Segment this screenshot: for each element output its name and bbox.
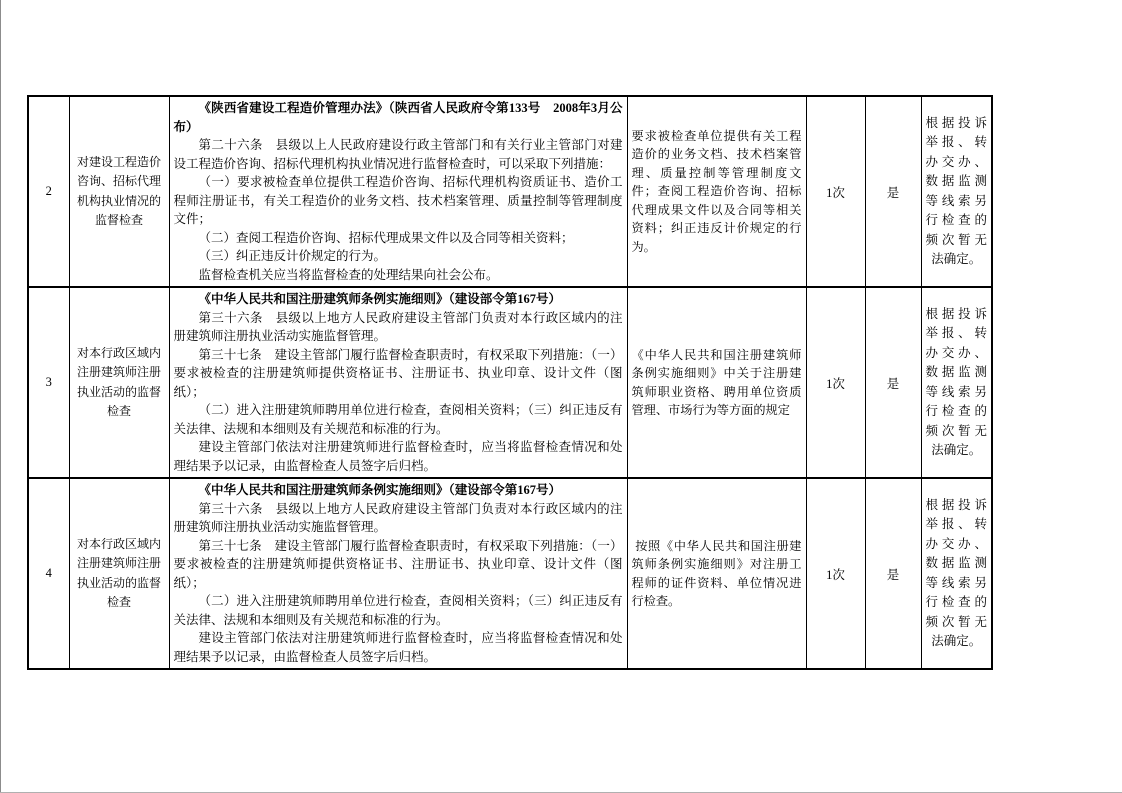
legal-title: 《陕西省建设工程造价管理办法》（陕西省人民政府令第133号 2008年3月公布） xyxy=(174,99,623,136)
check-content-cell: 要求被检查单位提供有关工程造价的业务文档、技术档案管理、质量控制等管理制度文件；… xyxy=(627,96,806,287)
legal-title: 《中华人民共和国注册建筑师条例实施细则》（建设部令第167号） xyxy=(174,481,623,500)
table-row: 2 对建设工程造价咨询、招标代理机构执业情况的监督检查 《陕西省建设工程造价管理… xyxy=(28,96,992,287)
frequency-cell: 1次 xyxy=(806,287,865,478)
item-name-cell: 对建设工程造价咨询、招标代理机构执业情况的监督检查 xyxy=(69,96,169,287)
frequency-cell: 1次 xyxy=(806,478,865,669)
legal-paragraph: （二）查阅工程造价咨询、招标代理成果文件以及合同等相关资料； xyxy=(174,229,623,248)
row-number-cell: 2 xyxy=(28,96,69,287)
item-name-cell: 对本行政区域内注册建筑师注册执业活动的监督检查 xyxy=(69,478,169,669)
note-cell: 根据投诉举报、转办交办、数据监测等线索另行检查的频次暂无法确定。 xyxy=(921,287,992,478)
legal-basis-cell: 《中华人民共和国注册建筑师条例实施细则》（建设部令第167号） 第三十六条 县级… xyxy=(169,287,627,478)
note-cell: 根据投诉举报、转办交办、数据监测等线索另行检查的频次暂无法确定。 xyxy=(921,478,992,669)
check-content-text: 要求被检查单位提供有关工程造价的业务文档、技术档案管理、质量控制等管理制度文件；… xyxy=(632,127,802,257)
legal-paragraph: （一）要求被检查单位提供工程造价咨询、招标代理机构资质证书、造价工程师注册证书，… xyxy=(174,173,623,229)
frequency-cell: 1次 xyxy=(806,96,865,287)
table-row: 3 对本行政区域内注册建筑师注册执业活动的监督检查 《中华人民共和国注册建筑师条… xyxy=(28,287,992,478)
legal-paragraph: 建设主管部门依法对注册建筑师进行监督检查时，应当将监督检查情况和处理结果予以记录… xyxy=(174,438,623,475)
check-content-cell: 按照《中华人民共和国注册建筑师条例实施细则》对注册工程师的证件资料、单位情况进行… xyxy=(627,478,806,669)
window-left-edge xyxy=(0,0,1,793)
item-name-cell: 对本行政区域内注册建筑师注册执业活动的监督检查 xyxy=(69,287,169,478)
legal-paragraph: （二）进入注册建筑师聘用单位进行检查，查阅相关资料；（三）纠正违反有关法律、法规… xyxy=(174,592,623,629)
table-row: 4 对本行政区域内注册建筑师注册执业活动的监督检查 《中华人民共和国注册建筑师条… xyxy=(28,478,992,669)
legal-paragraph: 监督检查机关应当将监督检查的处理结果向社会公布。 xyxy=(174,266,623,285)
note-text: 根据投诉举报、转办交办、数据监测等线索另行检查的频次暂无法确定。 xyxy=(926,496,988,652)
note-cell: 根据投诉举报、转办交办、数据监测等线索另行检查的频次暂无法确定。 xyxy=(921,96,992,287)
legal-paragraph: （三）纠正违反计价规定的行为。 xyxy=(174,247,623,266)
legal-paragraph: 第三十六条 县级以上地方人民政府建设主管部门负责对本行政区域内的注册建筑师注册执… xyxy=(174,309,623,346)
document-page: 2 对建设工程造价咨询、招标代理机构执业情况的监督检查 《陕西省建设工程造价管理… xyxy=(0,0,1122,793)
check-content-text: 《中华人民共和国注册建筑师条例实施细则》中关于注册建筑师职业资格、聘用单位资质管… xyxy=(632,346,802,420)
supervision-items-table: 2 对建设工程造价咨询、招标代理机构执业情况的监督检查 《陕西省建设工程造价管理… xyxy=(27,95,993,670)
legal-paragraph: 第三十七条 建设主管部门履行监督检查职责时，有权采取下列措施：（一）要求被检查的… xyxy=(174,346,623,402)
applicable-cell: 是 xyxy=(865,287,921,478)
legal-paragraph: 第二十六条 县级以上人民政府建设行政主管部门和有关行业主管部门对建设工程造价咨询… xyxy=(174,136,623,173)
note-text: 根据投诉举报、转办交办、数据监测等线索另行检查的频次暂无法确定。 xyxy=(926,114,988,270)
legal-basis-cell: 《中华人民共和国注册建筑师条例实施细则》（建设部令第167号） 第三十六条 县级… xyxy=(169,478,627,669)
check-content-text: 按照《中华人民共和国注册建筑师条例实施细则》对注册工程师的证件资料、单位情况进行… xyxy=(632,537,802,611)
applicable-cell: 是 xyxy=(865,96,921,287)
legal-paragraph: 第三十六条 县级以上地方人民政府建设主管部门负责对本行政区域内的注册建筑师注册执… xyxy=(174,500,623,537)
row-number-cell: 3 xyxy=(28,287,69,478)
row-number-cell: 4 xyxy=(28,478,69,669)
legal-title: 《中华人民共和国注册建筑师条例实施细则》（建设部令第167号） xyxy=(174,290,623,309)
legal-paragraph: 第三十七条 建设主管部门履行监督检查职责时，有权采取下列措施：（一）要求被检查的… xyxy=(174,537,623,593)
applicable-cell: 是 xyxy=(865,478,921,669)
legal-paragraph: 建设主管部门依法对注册建筑师进行监督检查时，应当将监督检查情况和处理结果予以记录… xyxy=(174,629,623,666)
note-text: 根据投诉举报、转办交办、数据监测等线索另行检查的频次暂无法确定。 xyxy=(926,305,988,461)
check-content-cell: 《中华人民共和国注册建筑师条例实施细则》中关于注册建筑师职业资格、聘用单位资质管… xyxy=(627,287,806,478)
legal-paragraph: （二）进入注册建筑师聘用单位进行检查，查阅相关资料；（三）纠正违反有关法律、法规… xyxy=(174,401,623,438)
legal-basis-cell: 《陕西省建设工程造价管理办法》（陕西省人民政府令第133号 2008年3月公布）… xyxy=(169,96,627,287)
